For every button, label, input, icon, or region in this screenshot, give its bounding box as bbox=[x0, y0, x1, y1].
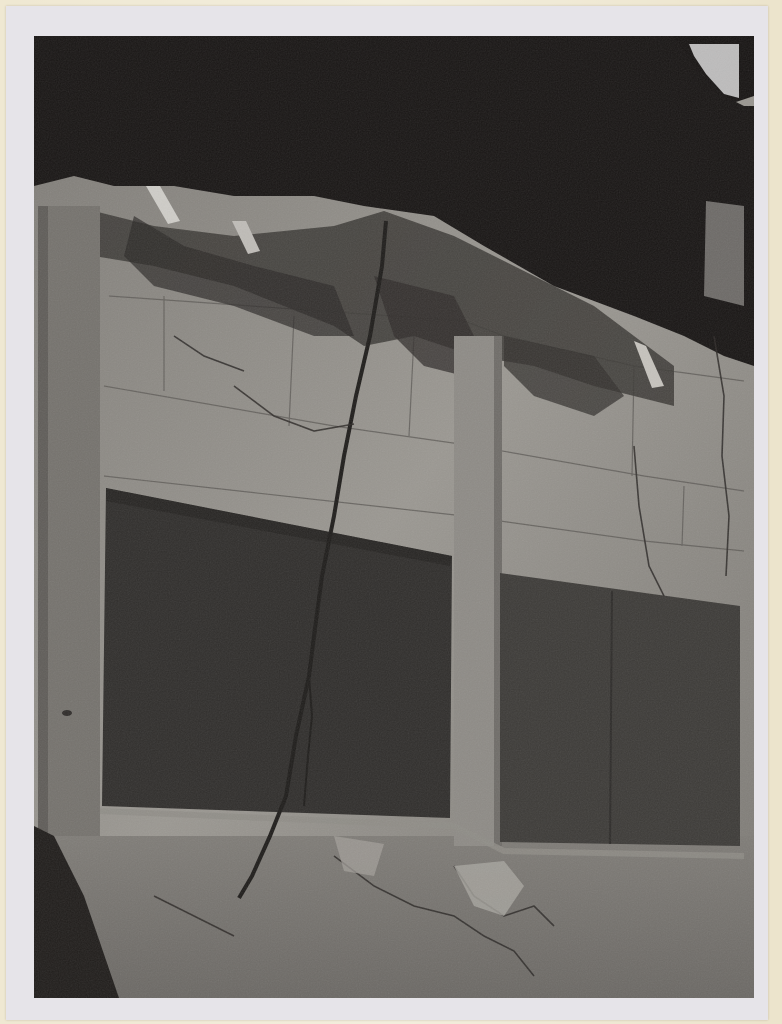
photo-print bbox=[6, 6, 768, 1020]
archival-mount bbox=[0, 0, 782, 1024]
wall-scene bbox=[34, 36, 754, 998]
wall-photograph bbox=[34, 36, 754, 998]
